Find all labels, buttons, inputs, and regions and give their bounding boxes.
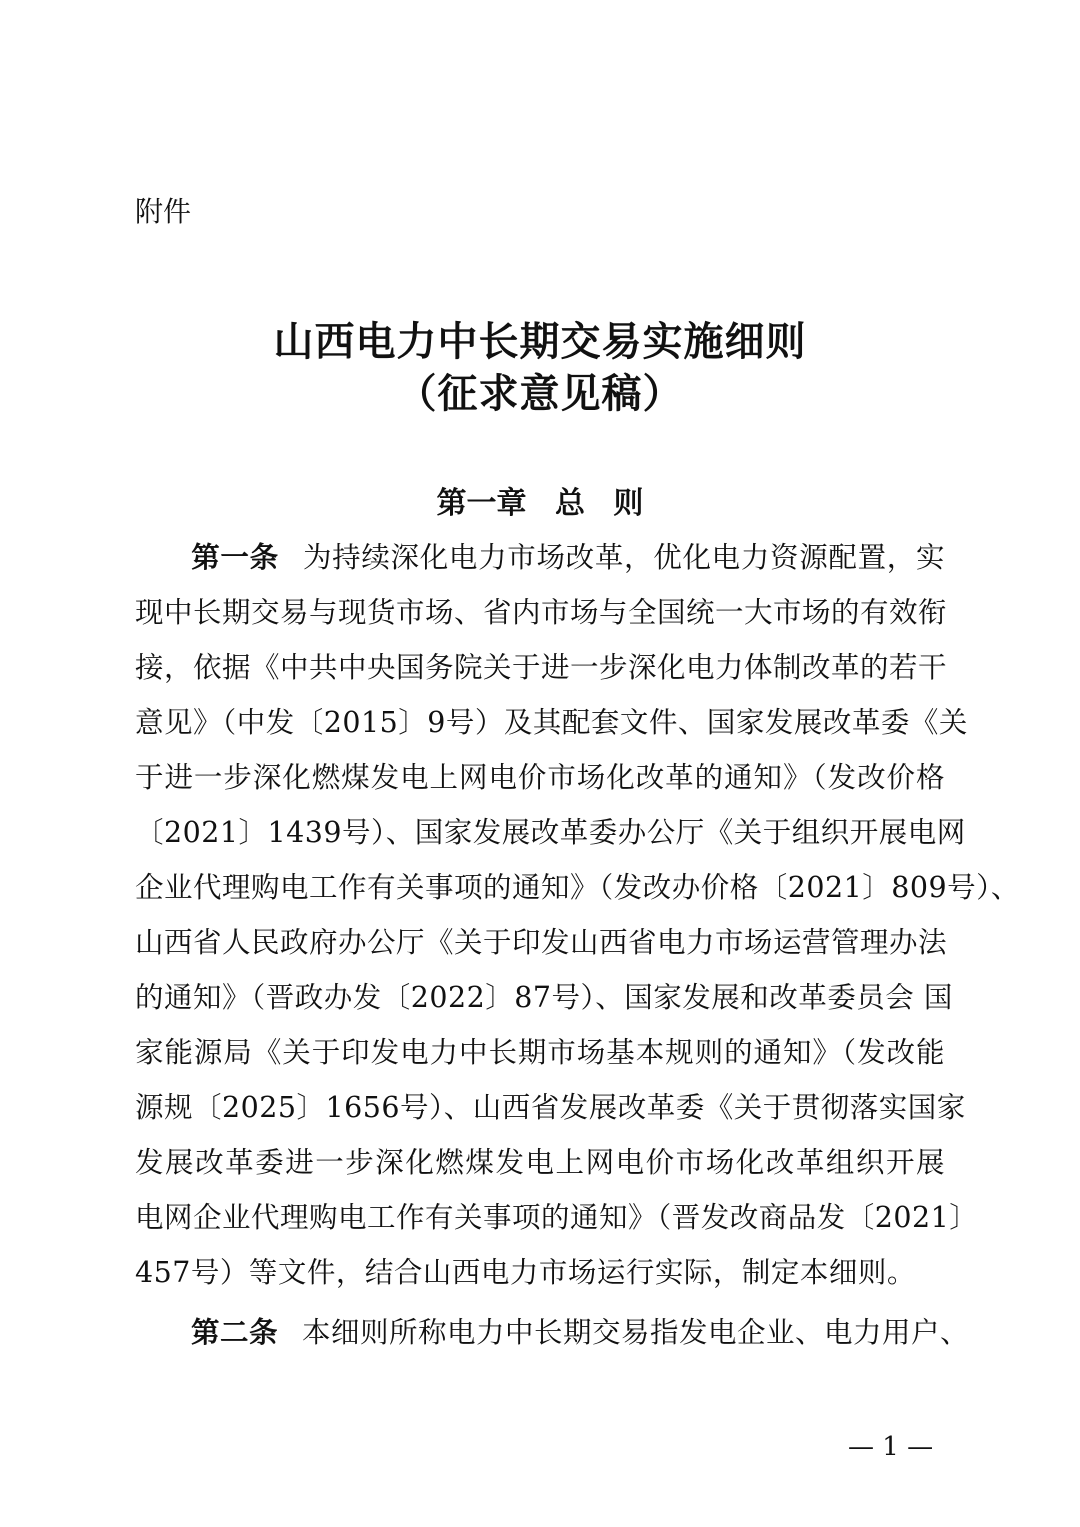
article-1-line: 意见》（中发〔2015〕9号）及其配套文件、国家发展改革委《关	[135, 705, 945, 741]
article-1-line: 〔2021〕1439号）、国家发展改革委办公厅《关于组织开展电网	[135, 815, 945, 851]
article-2-label: 第二条	[191, 1316, 278, 1349]
article-1-line: 山西省人民政府办公厅《关于印发山西省电力市场运营管理办法	[135, 925, 945, 961]
article-1-line: 发展改革委进一步深化燃煤发电上网电价市场化改革组织开展	[135, 1145, 945, 1181]
attachment-label: 附件	[135, 190, 191, 230]
article-1-line: 电网企业代理购电工作有关事项的通知》（晋发改商品发〔2021〕	[135, 1200, 945, 1236]
article-1-line: 家能源局《关于印发电力中长期市场基本规则的通知》（发改能	[135, 1035, 945, 1071]
chapter-heading: 第一章 总 则	[0, 478, 1080, 522]
article-1-line: 接，依据《中共中央国务院关于进一步深化电力体制改革的若干	[135, 650, 945, 686]
article-1-line: 的通知》（晋政办发〔2022〕87号）、国家发展和改革委员会 国	[135, 980, 945, 1016]
article-1-line: 现中长期交易与现货市场、省内市场与全国统一大市场的有效衔	[135, 595, 945, 631]
article-1-line: 企业代理购电工作有关事项的通知》（发改办价格〔2021〕809号）、	[135, 870, 945, 906]
article-1-line: 第一条为持续深化电力市场改革，优化电力资源配置，实	[135, 540, 945, 576]
article-1-line: 457号）等文件，结合山西电力市场运行实际，制定本细则。	[135, 1255, 945, 1291]
article-1-label: 第一条	[191, 541, 279, 574]
article-1-line: 于进一步深化燃煤发电上网电价市场化改革的通知》（发改价格	[135, 760, 945, 796]
article-1-line: 源规〔2025〕1656号）、山西省发展改革委《关于贯彻落实国家	[135, 1090, 945, 1126]
article-2-line: 第二条本细则所称电力中长期交易指发电企业、电力用户、	[135, 1315, 945, 1351]
page-number: — 1 —	[848, 1432, 933, 1462]
document-subtitle: （征求意见稿）	[0, 362, 1080, 419]
document-title: 山西电力中长期交易实施细则	[0, 310, 1080, 367]
